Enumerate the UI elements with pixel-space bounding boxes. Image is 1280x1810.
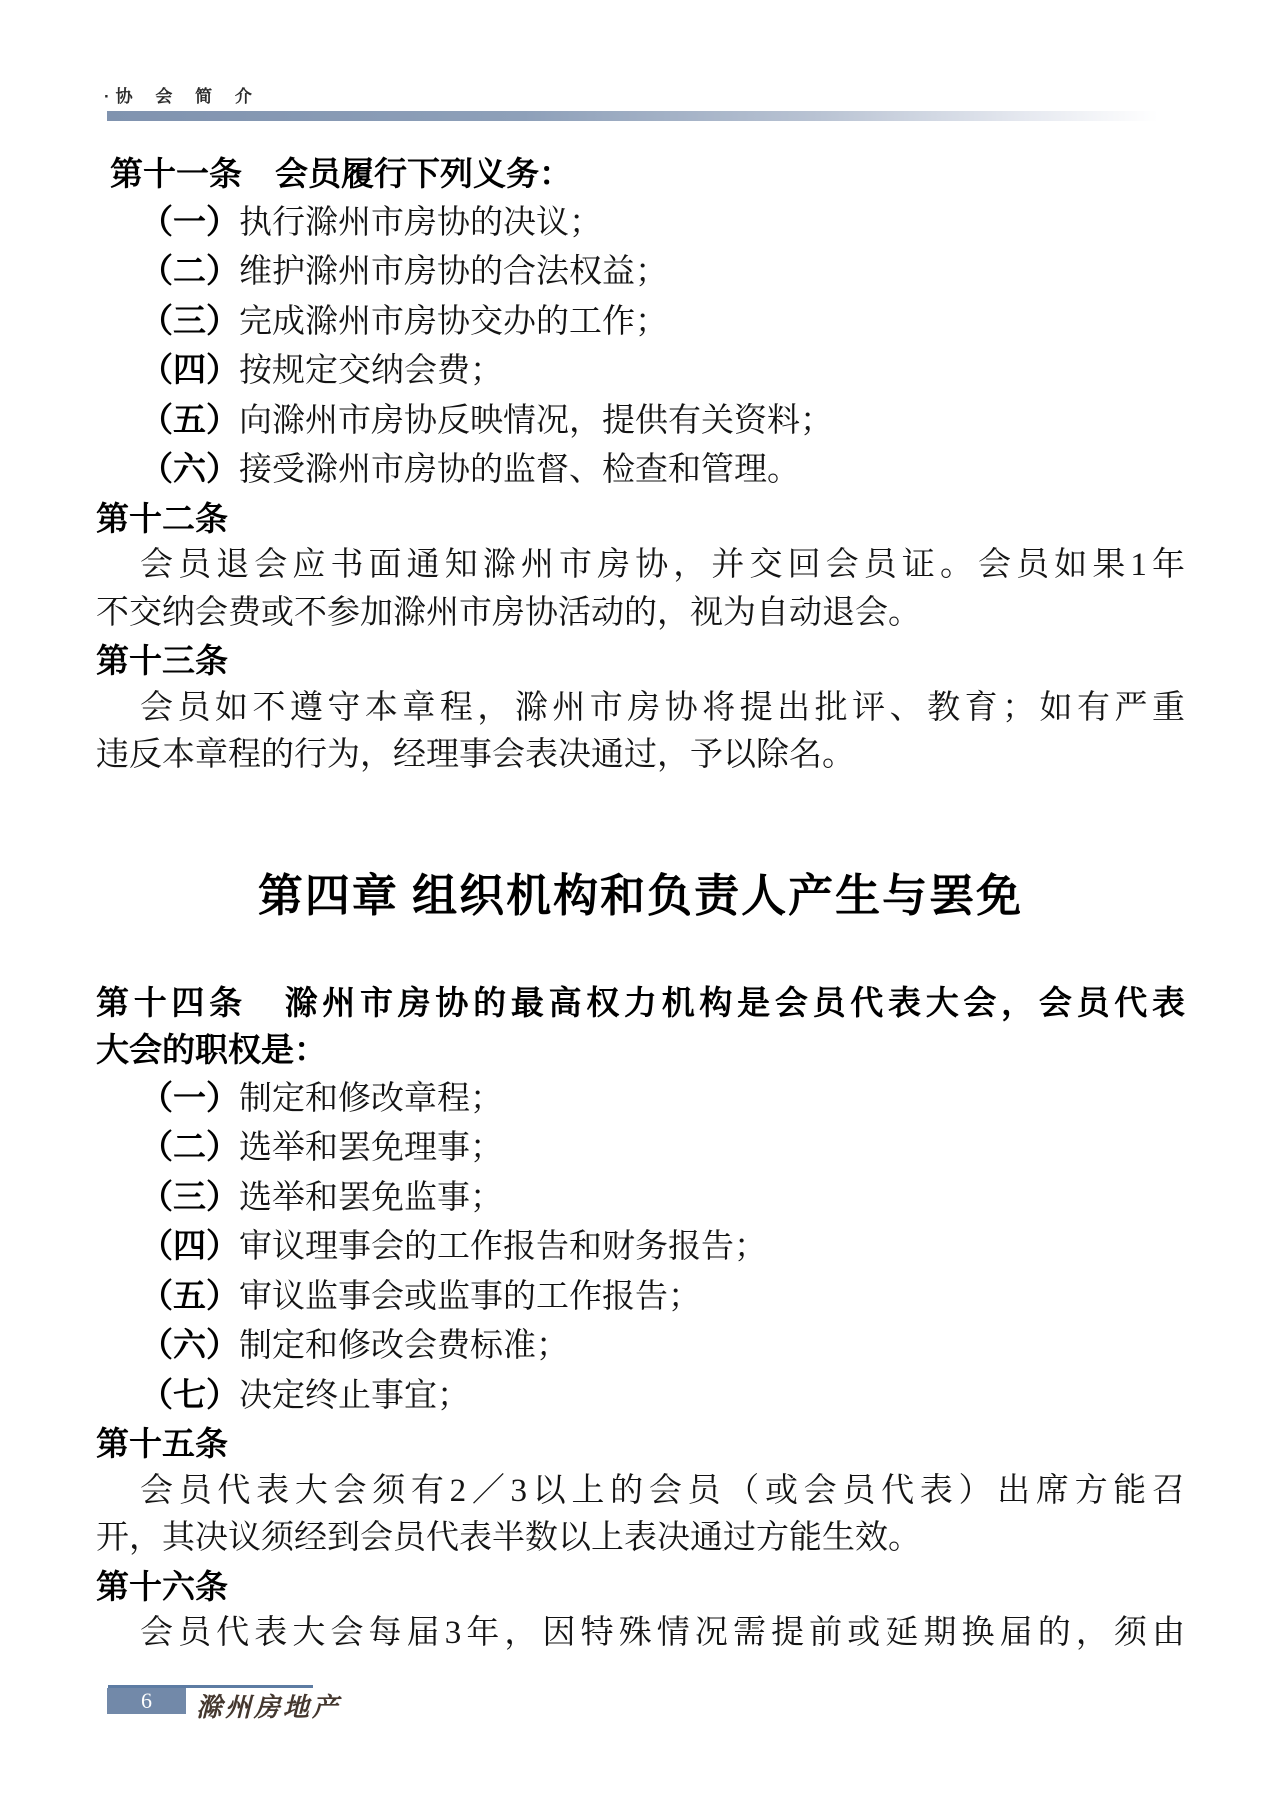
item-text: 按规定交纳会费； [239,353,503,389]
article-11-item-3: （三）完成滁州市房协交办的工作； [96,297,1185,347]
item-number: （三） [140,1178,239,1215]
item-text: 执行滁州市房协的决议； [239,205,602,241]
article-12-text-line-2: 不交纳会费或不参加滁州市房协活动的，视为自动退会。 [96,590,1185,638]
item-text: 接受滁州市房协的监督、检查和管理。 [239,452,800,488]
article-15-text-line-1: 会员代表大会须有2／3以上的会员（或会员代表）出席方能召 [96,1468,1185,1516]
header-section-title: 协 会 简 介 [116,87,261,106]
article-12-heading: 第十二条 [96,495,1185,543]
article-16-heading: 第十六条 [96,1563,1185,1611]
item-number: （七） [140,1376,239,1413]
header-section-label: ·协 会 简 介 [104,82,261,107]
article-11-heading: 第十一条 会员履行下列义务： [96,150,1185,198]
article-14-item-7: （七）决定终止事宜； [96,1371,1185,1421]
article-13-heading: 第十三条 [96,637,1185,685]
document-body: 第十一条 会员履行下列义务： （一）执行滁州市房协的决议； （二）维护滁州市房协… [96,150,1185,1658]
item-text: 维护滁州市房协的合法权益； [239,254,668,290]
item-text: 审议监事会或监事的工作报告； [239,1279,701,1315]
article-14-item-1: （一）制定和修改章程； [96,1074,1185,1124]
item-text: 选举和罢免监事； [239,1180,503,1216]
chapter-4-title: 第四章 组织机构和负责人产生与罢免 [96,866,1185,926]
article-14-item-2: （二）选举和罢免理事； [96,1123,1185,1173]
journal-name-calligraphy: 滁州房地产 [196,1687,341,1724]
item-number: （四） [140,1227,239,1264]
article-12-text-line-1: 会员退会应书面通知滁州市房协，并交回会员证。会员如果1年 [96,542,1185,590]
item-text: 审议理事会的工作报告和财务报告； [239,1229,767,1265]
article-14-text-line-2: 大会的职权是： [96,1026,1185,1074]
header-bullet: · [104,87,110,106]
item-text: 完成滁州市房协交办的工作； [239,304,668,340]
article-11-item-5: （五）向滁州市房协反映情况，提供有关资料； [96,396,1185,446]
item-number: （五） [140,1277,239,1314]
article-14-text-line-1: 第十四条 滁州市房协的最高权力机构是会员代表大会，会员代表 [96,979,1185,1027]
article-11-item-4: （四）按规定交纳会费； [96,346,1185,396]
article-11-item-1: （一）执行滁州市房协的决议； [96,198,1185,248]
item-number: （三） [140,302,239,339]
item-number: （六） [140,1326,239,1363]
item-number: （一） [140,203,239,240]
page-number: 6 [141,1690,152,1712]
article-13-text-line-2: 违反本章程的行为，经理事会表决通过，予以除名。 [96,732,1185,780]
item-text: 制定和修改会费标准； [239,1328,569,1364]
article-14-item-6: （六）制定和修改会费标准； [96,1321,1185,1371]
article-16-text-line-1: 会员代表大会每届3年，因特殊情况需提前或延期换届的，须由 [96,1610,1185,1658]
page-number-box: 6 [107,1688,186,1714]
document-page: ·协 会 简 介 第十一条 会员履行下列义务： （一）执行滁州市房协的决议； （… [0,0,1280,1810]
article-15-text-line-2: 开，其决议须经到会员代表半数以上表决通过方能生效。 [96,1515,1185,1563]
article-11-item-2: （二）维护滁州市房协的合法权益； [96,247,1185,297]
article-13-text-line-1: 会员如不遵守本章程，滁州市房协将提出批评、教育；如有严重 [96,685,1185,733]
item-text: 决定终止事宜； [239,1378,470,1414]
article-15-heading: 第十五条 [96,1420,1185,1468]
item-number: （四） [140,351,239,388]
article-11-item-6: （六）接受滁州市房协的监督、检查和管理。 [96,445,1185,495]
item-number: （二） [140,1128,239,1165]
item-number: （一） [140,1079,239,1116]
item-text: 选举和罢免理事； [239,1130,503,1166]
article-14-item-5: （五）审议监事会或监事的工作报告； [96,1272,1185,1322]
item-number: （六） [140,450,239,487]
item-number: （二） [140,252,239,289]
article-14-item-3: （三）选举和罢免监事； [96,1173,1185,1223]
article-14-item-4: （四）审议理事会的工作报告和财务报告； [96,1222,1185,1272]
item-number: （五） [140,401,239,438]
item-text: 向滁州市房协反映情况，提供有关资料； [239,403,833,439]
item-text: 制定和修改章程； [239,1081,503,1117]
header-divider-bar [107,111,1202,121]
